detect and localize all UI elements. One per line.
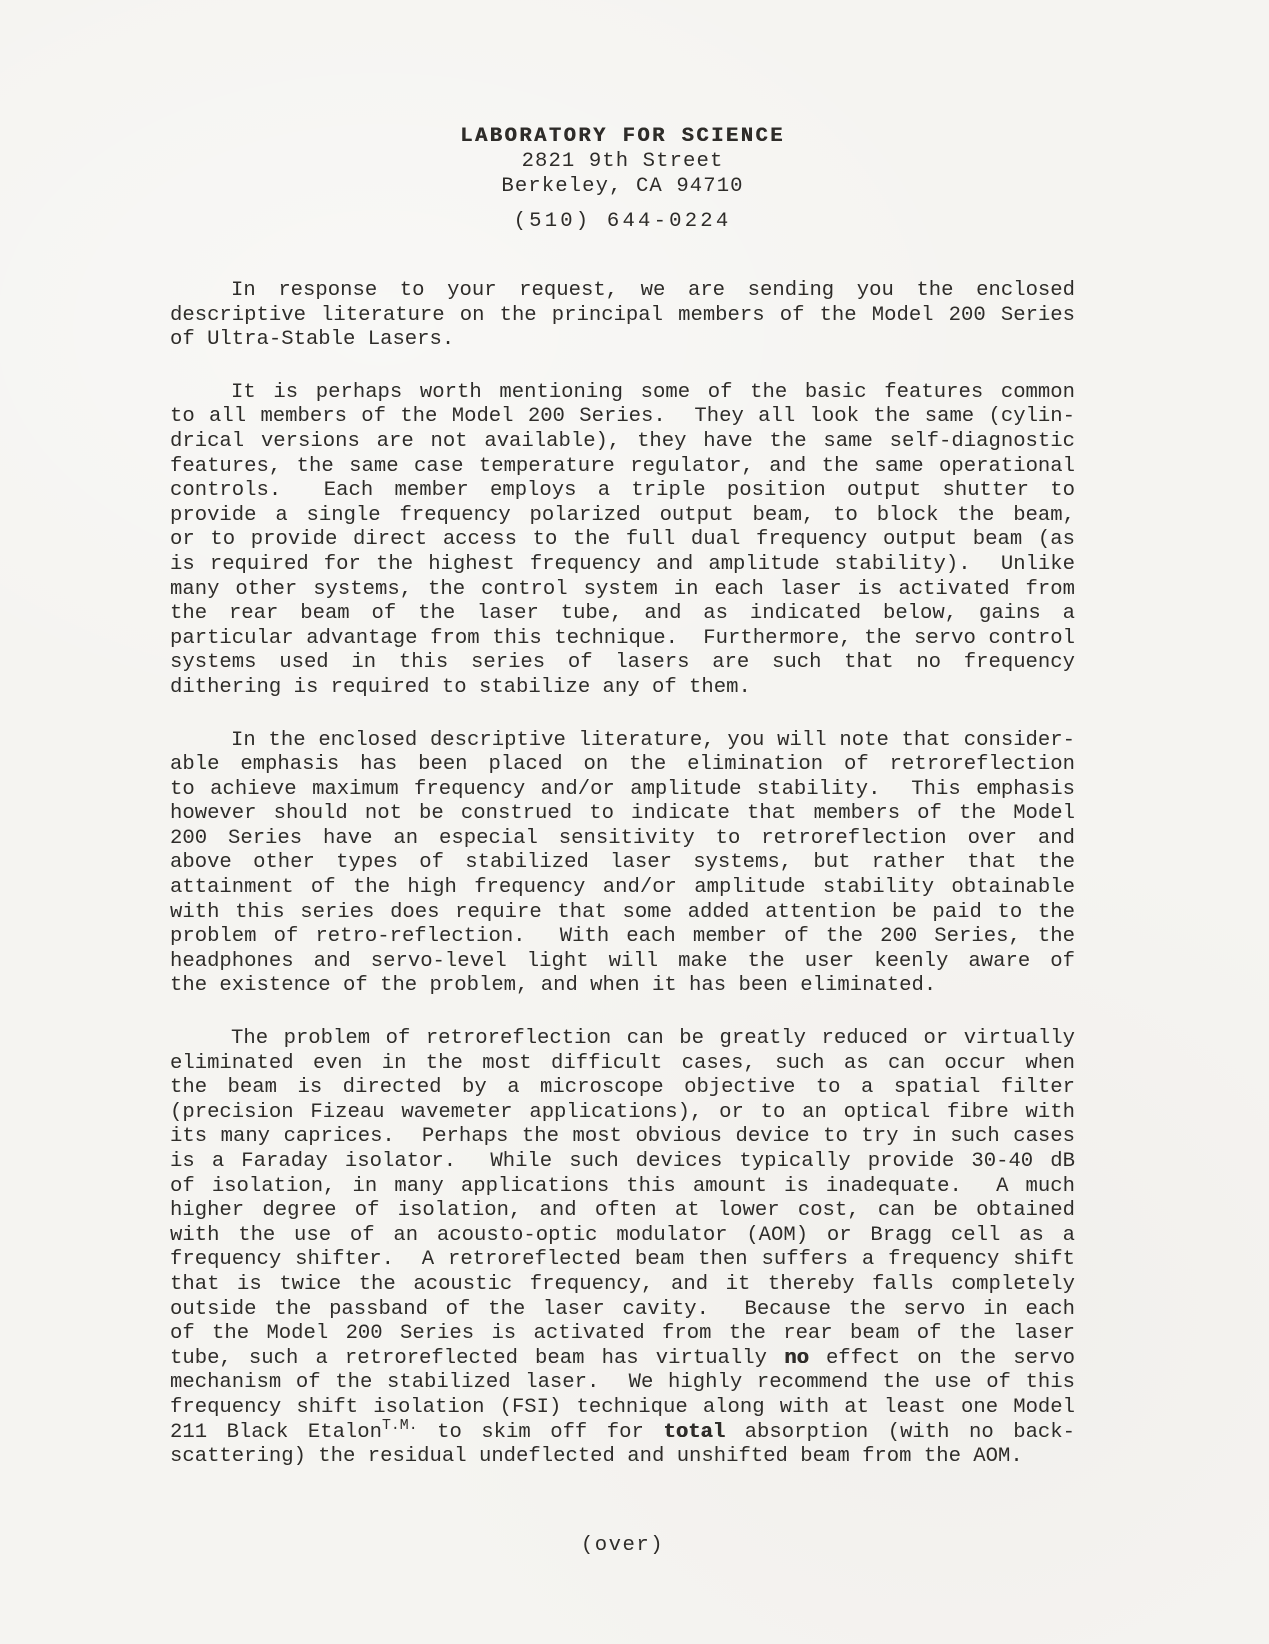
paragraph: The problem of retroreflection can be gr… (170, 1027, 1075, 1470)
text-segment: of isolation, in many applications this … (170, 1175, 1075, 1198)
text-line: 211 Black EtalonT.M. to skim off for tot… (170, 1421, 1075, 1446)
text-segment: frequency shift isolation (FSI) techniqu… (170, 1396, 1075, 1419)
emphasized-word: no (784, 1347, 809, 1370)
text-line: or to provide direct access to the full … (170, 528, 1075, 553)
text-segment: (precision Fizeau wavemeter applications… (170, 1101, 1075, 1124)
text-line: however should not be construed to indic… (170, 802, 1075, 827)
text-segment: with this series does require that some … (170, 901, 1075, 924)
text-line: The problem of retroreflection can be gr… (170, 1027, 1075, 1052)
text-line: of the Model 200 Series is activated fro… (170, 1322, 1075, 1347)
org-name: LABORATORY FOR SCIENCE (170, 124, 1075, 149)
text-segment: 211 Black Etalon (170, 1421, 382, 1444)
text-segment: provide a single frequency polarized out… (170, 504, 1075, 527)
emphasized-word: total (663, 1421, 725, 1444)
text-line: headphones and servo-level light will ma… (170, 950, 1075, 975)
text-line: the beam is directed by a microscope obj… (170, 1076, 1075, 1101)
org-address-line2: Berkeley, CA 94710 (170, 174, 1075, 199)
text-line: systems used in this series of lasers ar… (170, 651, 1075, 676)
letter-body: In response to your request, we are send… (170, 279, 1075, 1470)
text-segment: frequency shifter. A retroreflected beam… (170, 1248, 1075, 1271)
paragraph: In the enclosed descriptive literature, … (170, 729, 1075, 1000)
text-segment: the rear beam of the laser tube, and as … (170, 602, 1075, 625)
text-line: higher degree of isolation, and often at… (170, 1199, 1075, 1224)
text-line: to achieve maximum frequency and/or ampl… (170, 778, 1075, 803)
text-segment: scattering) the residual undeflected and… (170, 1445, 1023, 1468)
text-segment: tube, such a retroreflected beam has vir… (170, 1347, 784, 1370)
paragraph: It is perhaps worth mentioning some of t… (170, 381, 1075, 701)
text-segment: In response to your request, we are send… (231, 279, 1075, 302)
text-line: particular advantage from this technique… (170, 627, 1075, 652)
text-segment: outside the passband of the laser cavity… (170, 1298, 1075, 1321)
text-segment: descriptive literature on the principal … (170, 304, 1075, 327)
text-line: many other systems, the control system i… (170, 578, 1075, 603)
text-segment: able emphasis has been placed on the eli… (170, 753, 1075, 776)
text-line: to all members of the Model 200 Series. … (170, 405, 1075, 430)
text-segment: the beam is directed by a microscope obj… (170, 1076, 1075, 1099)
text-segment: the existence of the problem, and when i… (170, 974, 936, 997)
text-line: outside the passband of the laser cavity… (170, 1298, 1075, 1323)
text-segment: dithering is required to stabilize any o… (170, 676, 751, 699)
text-segment: drical versions are not available), they… (170, 430, 1075, 453)
text-line: the rear beam of the laser tube, and as … (170, 602, 1075, 627)
text-line: of isolation, in many applications this … (170, 1175, 1075, 1200)
text-segment: higher degree of isolation, and often at… (170, 1199, 1075, 1222)
text-segment: mechanism of the stabilized laser. We hi… (170, 1371, 1075, 1394)
text-segment: of the Model 200 Series is activated fro… (170, 1322, 1075, 1345)
text-line: scattering) the residual undeflected and… (170, 1445, 1075, 1470)
text-line: attainment of the high frequency and/or … (170, 876, 1075, 901)
text-line: able emphasis has been placed on the eli… (170, 753, 1075, 778)
paragraph: In response to your request, we are send… (170, 279, 1075, 353)
text-segment: eliminated even in the most difficult ca… (170, 1052, 1075, 1075)
trademark-superscript: T.M. (382, 1418, 418, 1434)
text-line: features, the same case temperature regu… (170, 455, 1075, 480)
text-line: controls. Each member employs a triple p… (170, 479, 1075, 504)
text-segment: 200 Series have an especial sensitivity … (170, 827, 1075, 850)
text-line: In the enclosed descriptive literature, … (170, 729, 1075, 754)
org-address-line1: 2821 9th Street (170, 149, 1075, 174)
text-segment: systems used in this series of lasers ar… (170, 651, 1075, 674)
text-line: eliminated even in the most difficult ca… (170, 1052, 1075, 1077)
page-footer: (over) (170, 1534, 1075, 1557)
text-segment: to all members of the Model 200 Series. … (170, 405, 1075, 428)
org-phone: (510) 644-0224 (170, 209, 1075, 234)
text-segment: The problem of retroreflection can be gr… (231, 1027, 1075, 1050)
text-line: is required for the highest frequency an… (170, 553, 1075, 578)
text-segment: however should not be construed to indic… (170, 802, 1075, 825)
text-line: mechanism of the stabilized laser. We hi… (170, 1371, 1075, 1396)
text-line: that is twice the acoustic frequency, an… (170, 1273, 1075, 1298)
text-line: frequency shift isolation (FSI) techniqu… (170, 1396, 1075, 1421)
text-segment: particular advantage from this technique… (170, 627, 1075, 650)
text-line: above other types of stabilized laser sy… (170, 851, 1075, 876)
text-segment: In the enclosed descriptive literature, … (231, 729, 1075, 752)
text-line: In response to your request, we are send… (170, 279, 1075, 304)
text-line: with this series does require that some … (170, 901, 1075, 926)
letter-content: LABORATORY FOR SCIENCE 2821 9th Street B… (170, 124, 1075, 1557)
text-line: dithering is required to stabilize any o… (170, 676, 1075, 701)
text-line: tube, such a retroreflected beam has vir… (170, 1347, 1075, 1372)
text-segment: of Ultra-Stable Lasers. (170, 328, 454, 351)
letter-sheet: LABORATORY FOR SCIENCE 2821 9th Street B… (0, 0, 1269, 1644)
text-segment: many other systems, the control system i… (170, 578, 1075, 601)
text-line: of Ultra-Stable Lasers. (170, 328, 1075, 353)
text-segment: attainment of the high frequency and/or … (170, 876, 1075, 899)
text-line: with the use of an acousto-optic modulat… (170, 1224, 1075, 1249)
text-segment: with the use of an acousto-optic modulat… (170, 1224, 1075, 1247)
text-segment: It is perhaps worth mentioning some of t… (231, 381, 1075, 404)
text-segment: effect on the servo (809, 1347, 1075, 1370)
text-line: provide a single frequency polarized out… (170, 504, 1075, 529)
text-line: 200 Series have an especial sensitivity … (170, 827, 1075, 852)
text-segment: features, the same case temperature regu… (170, 455, 1075, 478)
text-line: frequency shifter. A retroreflected beam… (170, 1248, 1075, 1273)
letterhead: LABORATORY FOR SCIENCE 2821 9th Street B… (170, 124, 1075, 234)
text-segment: absorption (with no back- (725, 1421, 1075, 1444)
text-segment: or to provide direct access to the full … (170, 528, 1075, 551)
text-line: It is perhaps worth mentioning some of t… (170, 381, 1075, 406)
text-line: descriptive literature on the principal … (170, 304, 1075, 329)
text-segment: to skim off for (418, 1421, 664, 1444)
text-line: is a Faraday isolator. While such device… (170, 1150, 1075, 1175)
text-segment: headphones and servo-level light will ma… (170, 950, 1075, 973)
text-line: drical versions are not available), they… (170, 430, 1075, 455)
text-line: its many caprices. Perhaps the most obvi… (170, 1125, 1075, 1150)
text-segment: that is twice the acoustic frequency, an… (170, 1273, 1075, 1296)
text-line: (precision Fizeau wavemeter applications… (170, 1101, 1075, 1126)
text-segment: problem of retro-reflection. With each m… (170, 925, 1075, 948)
text-line: the existence of the problem, and when i… (170, 974, 1075, 999)
text-segment: its many caprices. Perhaps the most obvi… (170, 1125, 1075, 1148)
text-segment: to achieve maximum frequency and/or ampl… (170, 778, 1075, 801)
text-segment: controls. Each member employs a triple p… (170, 479, 1075, 502)
over-note: (over) (581, 1534, 664, 1557)
text-segment: is a Faraday isolator. While such device… (170, 1150, 1075, 1173)
text-segment: above other types of stabilized laser sy… (170, 851, 1075, 874)
text-line: problem of retro-reflection. With each m… (170, 925, 1075, 950)
text-segment: is required for the highest frequency an… (170, 553, 1075, 576)
